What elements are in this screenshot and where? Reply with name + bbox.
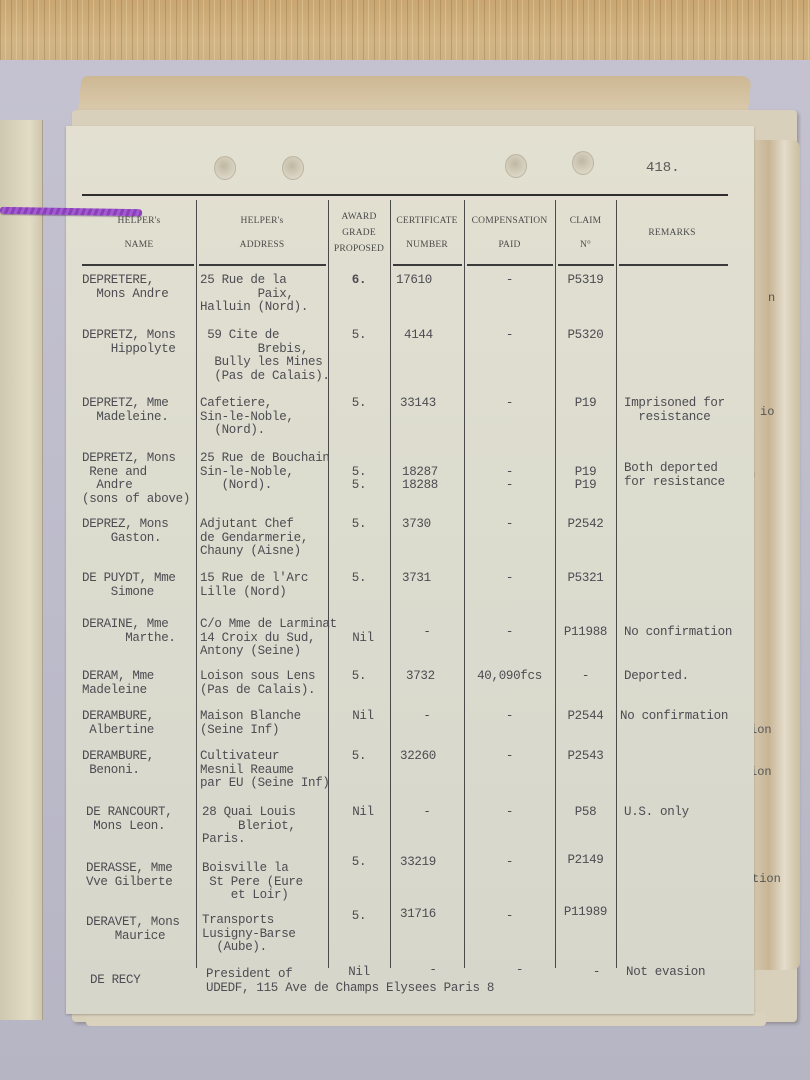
helper-address: Boisville la St Pere (Eure et Loir) [202,862,303,903]
compensation-paid: - [464,518,555,532]
certificate-number: 17610 [396,274,432,288]
helper-name: DE RANCOURT, Mons Leon. [86,806,172,833]
award-grade: 5. [328,518,390,532]
compensation-paid: - [464,750,555,764]
claim-number: P11988 [555,626,616,640]
punch-hole [214,156,236,180]
certificate-number: 3730 [402,518,431,532]
margin-fragment: n [768,291,775,305]
margin-fragment: io [760,405,774,419]
header-compensation-paid: COMPENSATION PAID [464,200,555,266]
remarks: Deported. [624,670,689,684]
remarks: U.S. only [624,806,689,820]
compensation-paid: - - [464,452,555,493]
remarks: Imprisoned for resistance [624,397,725,424]
helper-address: 59 Cite de Brebis, Bully les Mines (Pas … [200,329,330,383]
compensation-paid: - [464,572,555,586]
award-grade: 5. [328,856,390,870]
claim-number: P5319 [555,274,616,288]
header-line: NAME [125,233,154,257]
certificate-number: 3731 [402,572,431,586]
award-grade: Nil [332,618,394,645]
compensation-paid: 40,090fcs [464,670,555,684]
table-top-rule [82,194,728,196]
claim-number: P2544 [555,710,616,724]
helper-address: 28 Quai Louis Bleriot, Paris. [202,806,296,847]
claim-number: - [555,670,616,684]
compensation-paid: - [464,397,555,411]
award-grade: Nil [332,710,394,724]
helper-name: DERAINE, Mme Marthe. [82,618,176,645]
helper-address: 15 Rue de l'Arc Lille (Nord) [200,572,308,599]
certificate-number: - [390,806,464,820]
adjacent-sheet-left [0,120,43,1020]
claim-number: P11989 [555,906,616,920]
header-line: PAID [498,233,520,257]
helper-address: Maison Blanche (Seine Inf) [200,710,301,737]
margin-fragment: tion [752,872,781,886]
certificate-number: 32260 [400,750,436,764]
award-grade: 5. 5. [328,452,390,493]
certificate-number: 33219 [400,856,436,870]
helper-address: Cultivateur Mesnil Reaume par EU (Seine … [200,750,330,791]
helper-name: DEPRETZ, Mons Rene and Andre (sons of ab… [82,452,190,506]
header-certificate-number: CERTIFICATE NUMBER [390,200,464,266]
claim-number: P5321 [555,572,616,586]
compensation-paid: - [464,329,555,343]
header-line: CLAIM [570,209,602,233]
document-page: 418. HELPER's NAME HELPER's ADDRESS AWAR… [66,126,754,1014]
helper-address: Loison sous Lens (Pas de Calais). [200,670,315,697]
award-grade: Nil [328,966,390,980]
header-underline [199,264,326,266]
header-claim-number: CLAIM N° [555,200,616,266]
helper-address: Transports Lusigny-Barse (Aube). [202,914,296,955]
header-underline [619,264,728,266]
certificate-number: 33143 [400,397,436,411]
remarks: No confirmation [624,626,732,640]
compensation-paid: - [464,910,555,924]
column-divider [196,200,197,968]
punch-hole [505,154,527,178]
helper-address: 25 Rue de la Paix, Halluin (Nord). [200,274,308,315]
header-line: NUMBER [406,233,448,257]
certificate-number: 4144 [404,329,433,343]
compensation-paid: - [464,626,555,640]
paper-stack-right-edge [748,140,800,970]
header-remarks: REMARKS [616,200,728,266]
award-grade: 5. [328,572,390,586]
helper-address: Adjutant Chef de Gendarmerie, Chauny (Ai… [200,518,308,559]
award-grade: 5. [328,910,390,924]
compensation-paid: - [464,806,555,820]
header-line: PROPOSED [334,241,384,257]
header-line: COMPENSATION [472,209,548,233]
compensation-paid: - [464,274,555,288]
claim-number: P2149 [555,854,616,868]
helper-name: DERAMBURE, Benoni. [82,750,154,777]
helper-name: DERAVET, Mons Maurice [86,916,180,943]
helper-name: DERAMBURE, Albertine [82,710,154,737]
punch-hole [282,156,304,180]
award-grade: 6. [328,274,390,288]
header-underline [467,264,553,266]
claim-number: P19 P19 [555,452,616,493]
remarks: No confirmation [620,710,728,724]
column-divider [616,200,617,968]
helper-address: C/o Mme de Larminat 14 Croix du Sud, Ant… [200,618,337,659]
certificate-number: - [396,964,470,978]
paper-stack-bottom-edge [86,1012,766,1026]
helper-name: DERASSE, Mme Vve Gilberte [86,862,172,889]
certificate-number: 3732 [406,670,435,684]
helper-name: DE PUYDT, Mme Simone [82,572,176,599]
award-grade: 5. [328,329,390,343]
helper-name: DERAM, Mme Madeleine [82,670,154,697]
header-line: REMARKS [648,221,695,245]
claim-number: - [566,966,627,980]
column-divider [390,200,391,968]
helper-address: Cafetiere, Sin-le-Noble, (Nord). [200,397,294,438]
remarks: Not evasion [626,966,705,980]
helper-name: DEPRETERE, Mons Andre [82,274,168,301]
helper-name: DEPRETZ, Mme Madeleine. [82,397,168,424]
award-grade: 5. [328,670,390,684]
helper-address: 25 Rue de Bouchain Sin-le-Noble, (Nord). [200,452,330,493]
wooden-table-background [0,0,810,68]
header-line: ADDRESS [240,233,285,257]
claim-number: P2543 [555,750,616,764]
header-underline [82,264,194,266]
award-grade: 5. [328,750,390,764]
claim-number: P58 [555,806,616,820]
header-line: GRADE [342,225,376,241]
certificate-number: 31716 [400,908,436,922]
claim-number: P5320 [555,329,616,343]
compensation-paid: - [464,856,555,870]
certificate-number: - [390,710,464,724]
certificate-number: - [390,626,464,640]
header-line: N° [580,233,591,257]
helper-name: DEPREZ, Mons Gaston. [82,518,168,545]
header-line: AWARD [341,209,376,225]
helper-name: DEPRETZ, Mons Hippolyte [82,329,176,356]
award-grade: 5. [328,397,390,411]
claim-number: P2542 [555,518,616,532]
header-helper-address: HELPER's ADDRESS [196,200,328,266]
helper-name: DE RECY [90,974,140,988]
certificate-number: 18287 18288 [402,452,438,493]
claim-number: P19 [555,397,616,411]
header-underline [558,264,614,266]
punch-hole [572,151,594,175]
award-grade: Nil [332,806,394,820]
header-line: CERTIFICATE [396,209,457,233]
compensation-paid: - [464,710,555,724]
header-underline [393,264,462,266]
header-award-grade: AWARD GRADE PROPOSED [328,200,390,266]
compensation-paid: - [474,964,565,978]
page-number: 418. [646,160,680,176]
remarks: Both deported for resistance [624,462,725,489]
header-line: HELPER's [241,209,284,233]
